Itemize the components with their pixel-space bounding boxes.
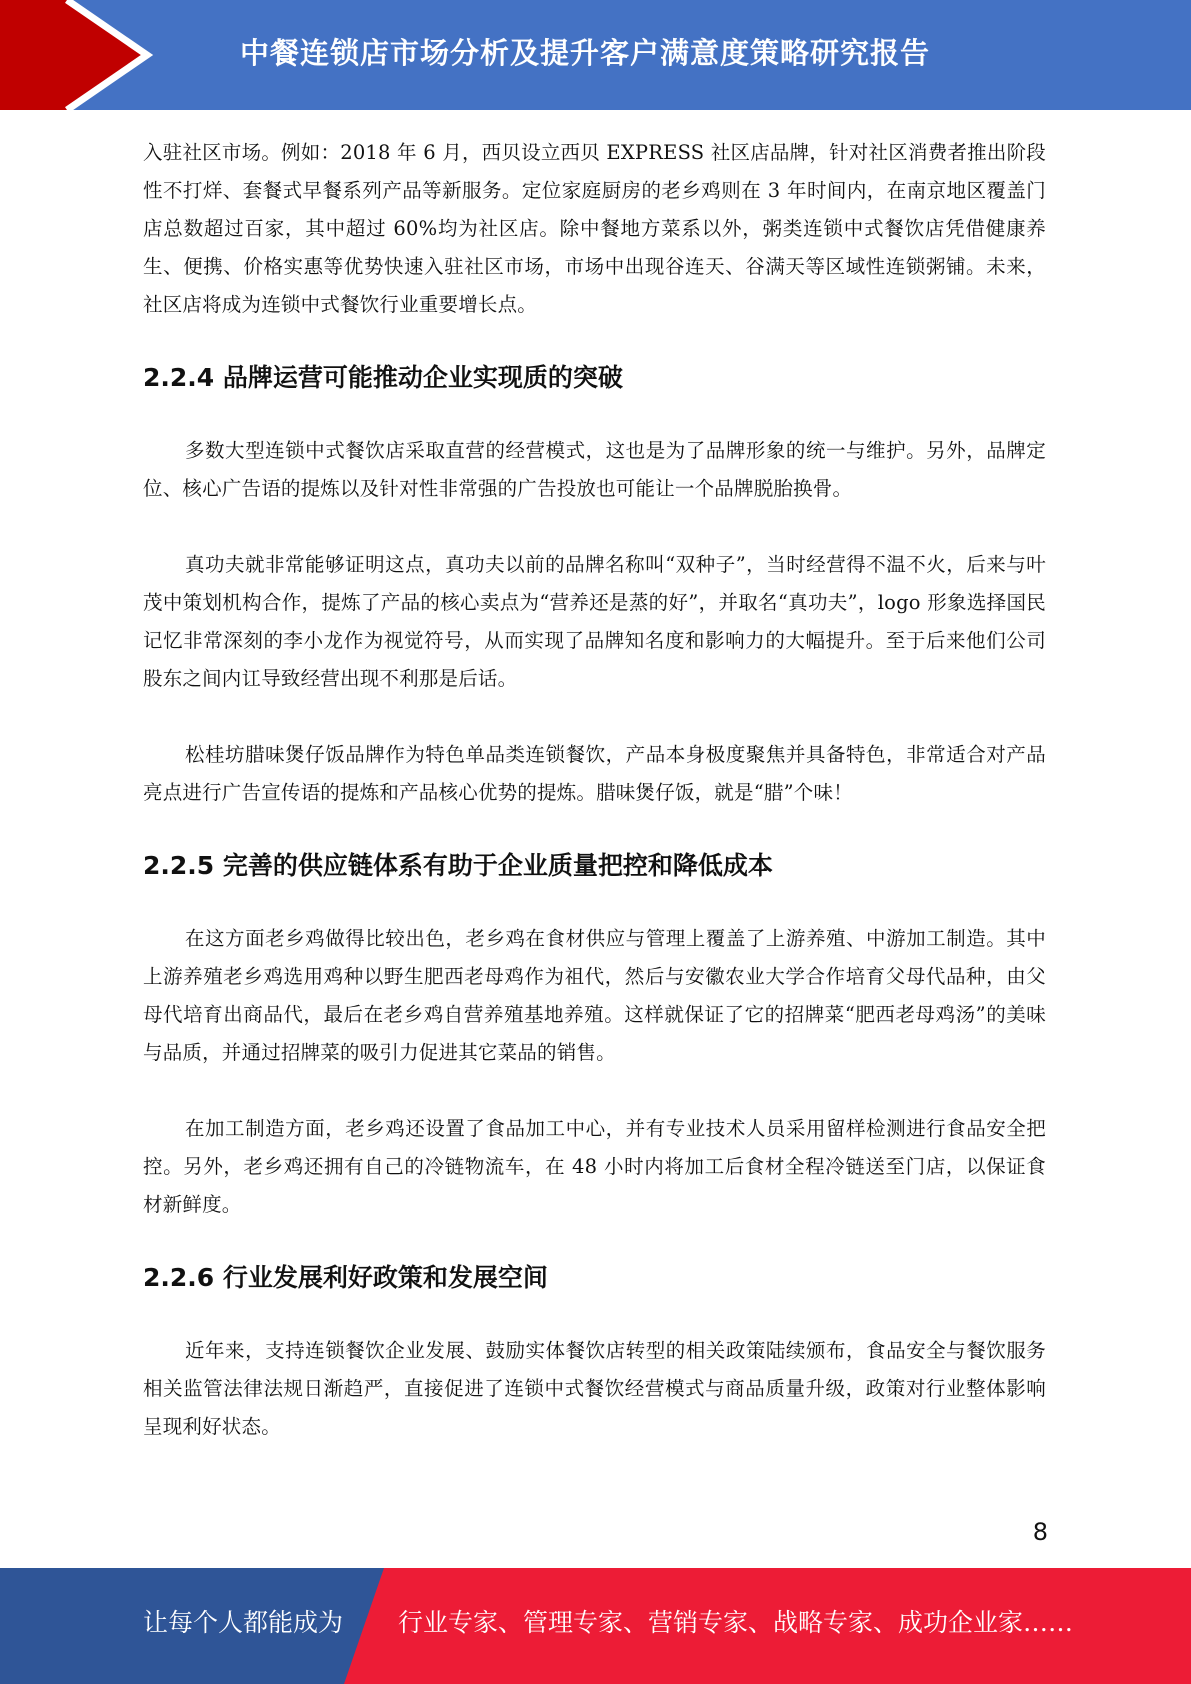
page-header: 中餐连锁店市场分析及提升客户满意度策略研究报告 <box>0 0 1191 110</box>
section-heading-2-2-5: 2.2.5 完善的供应链体系有助于企业质量把控和降低成本 <box>143 846 1046 886</box>
intro-paragraph: 入驻社区市场。例如：2018 年 6 月，西贝设立西贝 EXPRESS 社区店品… <box>143 134 1046 324</box>
paragraph: 在加工制造方面，老乡鸡还设置了食品加工中心，并有专业技术人员采用留样检测进行食品… <box>143 1110 1046 1224</box>
paragraph: 近年来，支持连锁餐饮企业发展、鼓励实体餐饮店转型的相关政策陆续颁布，食品安全与餐… <box>143 1332 1046 1446</box>
paragraph: 松桂坊腊味煲仔饭品牌作为特色单品类连锁餐饮，产品本身极度聚焦并具备特色，非常适合… <box>143 736 1046 812</box>
paragraph: 在这方面老乡鸡做得比较出色，老乡鸡在食材供应与管理上覆盖了上游养殖、中游加工制造… <box>143 920 1046 1072</box>
page-footer: 让每个人都能成为 行业专家、管理专家、营销专家、战略专家、成功企业家…… <box>0 1568 1191 1684</box>
page-content: 入驻社区市场。例如：2018 年 6 月，西贝设立西贝 EXPRESS 社区店品… <box>143 134 1046 1446</box>
page-number: 8 <box>1033 1518 1048 1546</box>
section-heading-2-2-6: 2.2.6 行业发展利好政策和发展空间 <box>143 1258 1046 1298</box>
report-title: 中餐连锁店市场分析及提升客户满意度策略研究报告 <box>240 28 930 78</box>
paragraph: 多数大型连锁中式餐饮店采取直营的经营模式，这也是为了品牌形象的统一与维护。另外，… <box>143 432 1046 508</box>
chevron-arrow-icon <box>0 0 160 110</box>
footer-slogan-right: 行业专家、管理专家、营销专家、战略专家、成功企业家…… <box>398 1606 1073 1640</box>
footer-slogan-left: 让每个人都能成为 <box>143 1606 343 1640</box>
paragraph: 真功夫就非常能够证明这点，真功夫以前的品牌名称叫“双种子”，当时经营得不温不火，… <box>143 546 1046 698</box>
section-heading-2-2-4: 2.2.4 品牌运营可能推动企业实现质的突破 <box>143 358 1046 398</box>
